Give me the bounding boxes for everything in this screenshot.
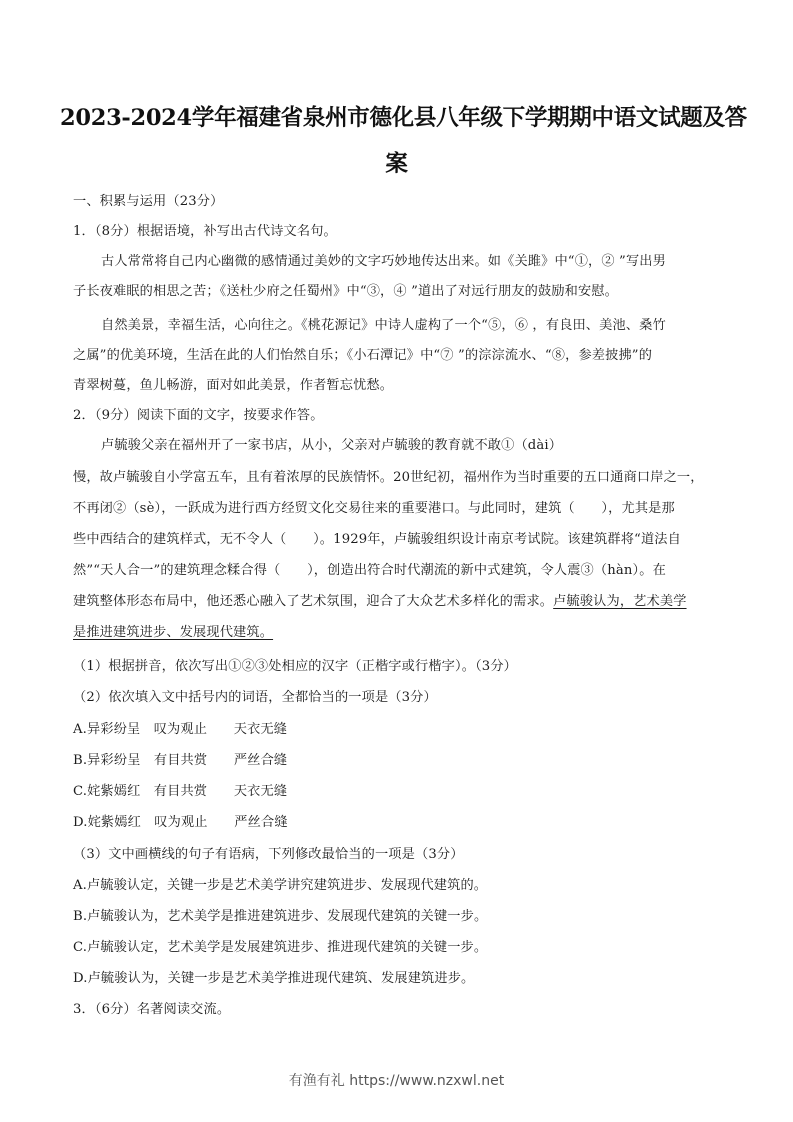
question-1-paragraph-1-line-1: 古人常常将自己内心幽微的感情通过美妙的文字巧妙地传达出来。如《关雎》中“①，② … bbox=[101, 250, 666, 269]
question-2-prompt: 2．（9分）阅读下面的文字，按要求作答。 bbox=[73, 404, 324, 423]
question-2-passage-line-4: 些中西结合的建筑样式，无不令人（ ）。1929年，卢毓骏组织设计南京考试院。该建… bbox=[73, 528, 681, 547]
sub-3-option-b: B.卢毓骏认为，艺术美学是推进建筑进步、发展现代建筑的关键一步。 bbox=[73, 905, 487, 924]
question-1-paragraph-2-line-2: 之属”的优美环境，生活在此的人们怡然自乐；《小石潭记》中“⑦ ”的淙淙流水、“⑧… bbox=[73, 344, 652, 363]
question-2-passage-line-1: 卢毓骏父亲在福州开了一家书店，从小，父亲对卢毓骏的教育就不敢①（dài） bbox=[101, 434, 562, 453]
section-heading: 一、积累与运用（23分） bbox=[73, 190, 223, 209]
question-2-sub-3: （3）文中画横线的句子有语病，下列修改最恰当的一项是（3分） bbox=[73, 843, 464, 862]
passage-plain-text: 建筑整体形态布局中，他还悉心融入了艺术氛围，迎合了大众艺术多样化的需求。 bbox=[73, 594, 553, 609]
sub-2-option-b: B.异彩纷呈 有目共赏 严丝合缝 bbox=[73, 749, 287, 768]
question-2-sub-2: （2）依次填入文中括号内的词语，全都恰当的一项是（3分） bbox=[73, 686, 437, 705]
underlined-sentence-part-1: 卢毓骏认为，艺术美学 bbox=[553, 594, 686, 609]
sub-3-option-a: A.卢毓骏认定，关键一步是艺术美学讲究建筑进步、发展现代建筑的。 bbox=[73, 874, 487, 893]
question-2-passage-line-5: 然”“天人合一”的建筑理念糅合得（ ），创造出符合时代潮流的新中式建筑，令人震③… bbox=[73, 559, 666, 578]
document-title-line-1: 2023-2024学年福建省泉州市德化县八年级下学期期中语文试题及答 bbox=[60, 100, 733, 132]
sub-2-option-a: A.异彩纷呈 叹为观止 天衣无缝 bbox=[73, 718, 287, 737]
question-1-paragraph-1-line-2: 子长夜难眠的相思之苦；《送杜少府之任蜀州》中“③，④ ”道出了对远行朋友的鼓励和… bbox=[73, 280, 618, 299]
sub-3-option-d: D.卢毓骏认为，关键一步是艺术美学推进现代建筑、发展建筑进步。 bbox=[73, 967, 474, 986]
watermark-footer: 有渔有礼 https://www.nzxwl.net bbox=[0, 1070, 793, 1090]
sub-3-option-c: C.卢毓骏认定，艺术美学是发展建筑进步、推进现代建筑的关键一步。 bbox=[73, 936, 487, 955]
question-2-passage-line-3: 不再闭②（sè），一跃成为进行西方经贸文化交易往来的重要港口。与此同时，建筑（ … bbox=[73, 497, 675, 516]
underlined-sentence-part-2: 是推进建筑进步、发展现代建筑。 bbox=[73, 621, 273, 640]
document-title-line-2: 案 bbox=[60, 146, 733, 178]
question-3-prompt: 3．（6分）名著阅读交流。 bbox=[73, 998, 230, 1017]
sub-2-option-c: C.姹紫嫣红 有目共赏 天衣无缝 bbox=[73, 780, 287, 799]
question-2-passage-line-6: 建筑整体形态布局中，他还悉心融入了艺术氛围，迎合了大众艺术多样化的需求。卢毓骏认… bbox=[73, 590, 687, 609]
question-2-sub-1: （1）根据拼音，依次写出①②③处相应的汉字（正楷字或行楷字）。（3分） bbox=[73, 655, 517, 674]
question-1-prompt: 1．（8分）根据语境，补写出古代诗文名句。 bbox=[73, 220, 337, 239]
sub-2-option-d: D.姹紫嫣红 叹为观止 严丝合缝 bbox=[73, 811, 288, 830]
question-2-passage-line-2: 慢，故卢毓骏自小学富五车，且有着浓厚的民族情怀。20世纪初，福州作为当时重要的五… bbox=[73, 466, 704, 485]
question-1-paragraph-2-line-3: 青翠树蔓，鱼儿畅游，面对如此美景，作者暂忘忧愁。 bbox=[73, 374, 393, 393]
question-1-paragraph-2-line-1: 自然美景，幸福生活，心向往之。《桃花源记》中诗人虚构了一个“⑤，⑥ ，有良田、美… bbox=[101, 314, 666, 333]
document-page: 2023-2024学年福建省泉州市德化县八年级下学期期中语文试题及答 案 一、积… bbox=[0, 0, 793, 1122]
